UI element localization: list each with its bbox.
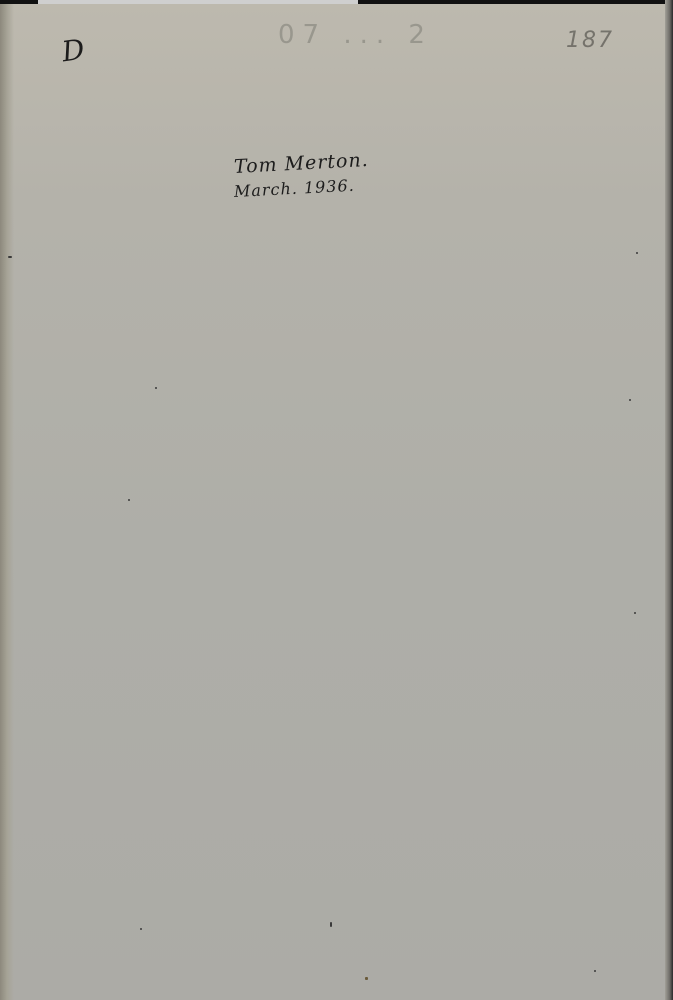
- paper-speck: [330, 922, 332, 927]
- paper-speck: [636, 252, 638, 254]
- paper-speck: [8, 256, 12, 258]
- paper-speck: [365, 977, 368, 980]
- paper-speck: [155, 387, 157, 389]
- paper-speck: [140, 928, 142, 930]
- paper-speck: [128, 499, 130, 501]
- pencil-reference-mark: 07 ... 2: [278, 20, 433, 50]
- paper-speck: [634, 612, 636, 614]
- scan-right-edge: [665, 0, 673, 1000]
- paper-speck: [594, 970, 596, 972]
- corner-mark: D: [60, 33, 87, 69]
- inscription-name: Tom Merton.: [233, 149, 369, 178]
- pencil-page-number: 187: [566, 28, 614, 53]
- paper-speck: [629, 399, 631, 401]
- document-page: D 07 ... 2 187 Tom Merton. March. 1936.: [0, 4, 666, 1000]
- handwritten-inscription: Tom Merton. March. 1936.: [234, 156, 369, 201]
- inscription-date: March. 1936.: [234, 175, 370, 201]
